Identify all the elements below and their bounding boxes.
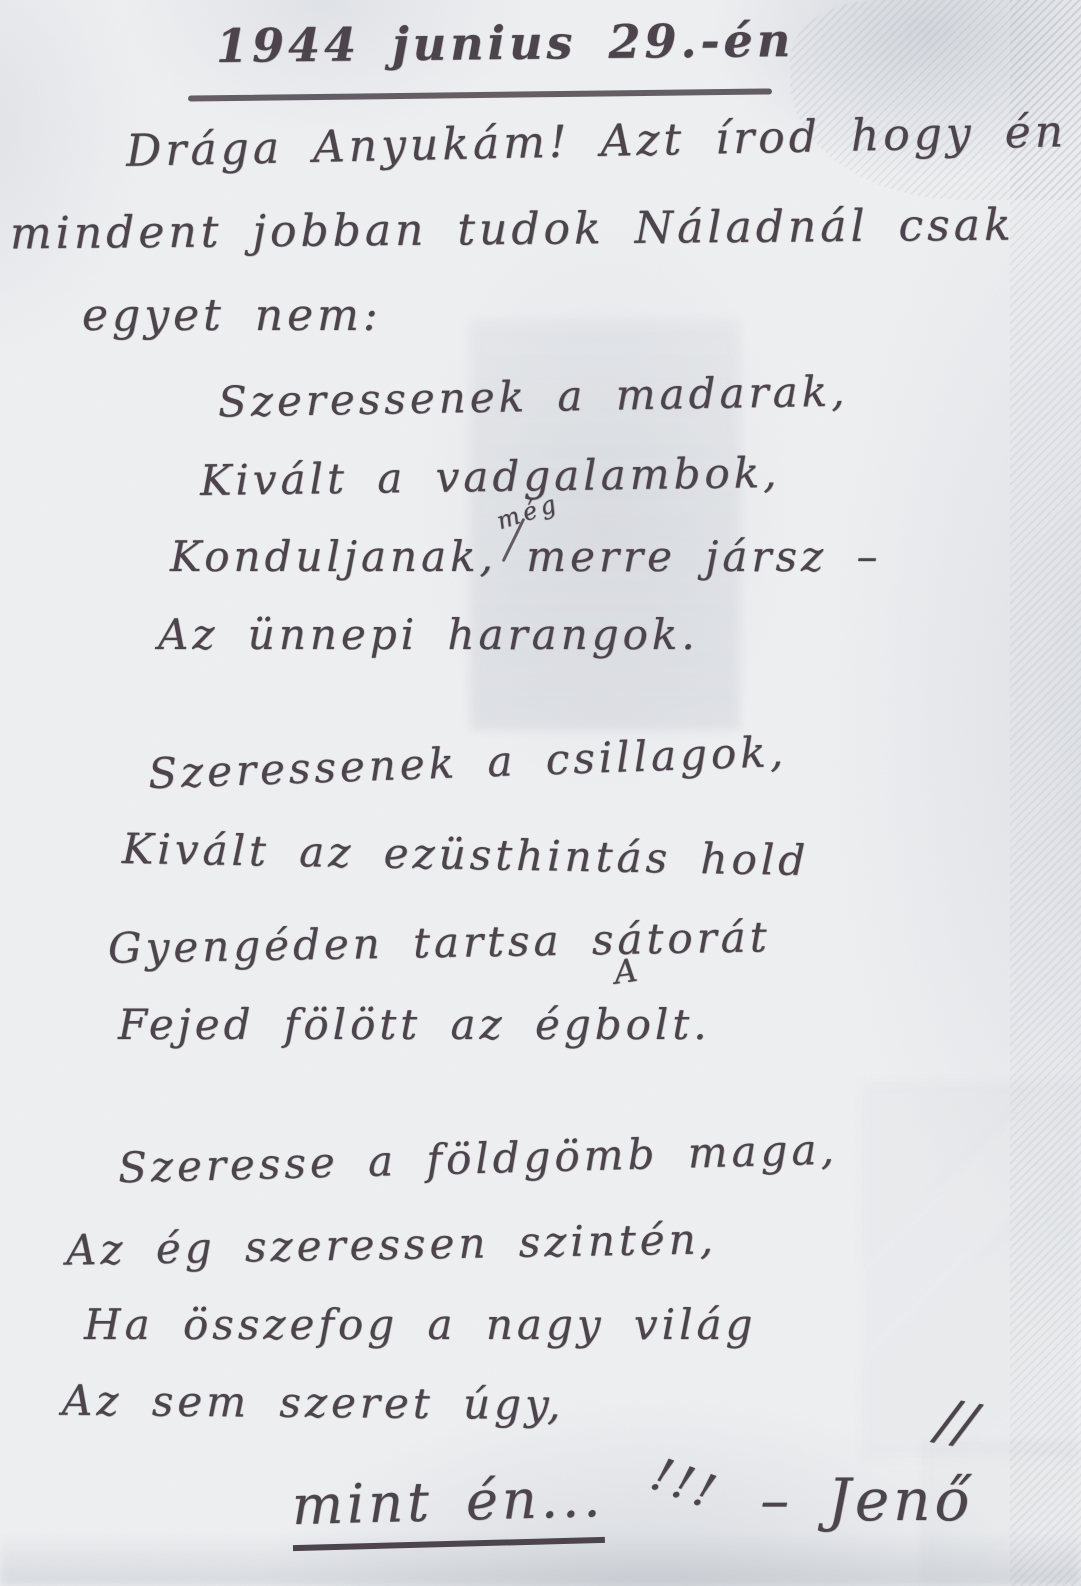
poem-line-s3-4: Az sem szeret úgy, [62, 1376, 565, 1429]
poem-line-s3-2: Az ég szeressen szintén, [66, 1214, 718, 1274]
closing-phrase: mint én... [291, 1466, 605, 1551]
poem-line-s1-1: Szeressenek a madarak, [218, 367, 849, 427]
poem-line-s2-2: Kivált az ezüsthintás hold [122, 824, 810, 885]
poem-line-s3-1: Szeresse a földgömb maga, [117, 1125, 838, 1193]
letter-line-intro-2: mindent jobban tudok Náladnál csak [10, 200, 1015, 260]
poem-line-s2-1: Szeressenek a csillagok, [147, 727, 787, 798]
closing-line: mint én... !!! – Jenő [292, 1466, 973, 1547]
poem-line-s1-4: Az ünnepi harangok. [158, 610, 699, 659]
scanned-letter-page: 1944 junius 29.-én Drága Anyukám! Azt ír… [0, 0, 1081, 1586]
poem-line-s1-3: Konduljanak, merre jársz – [170, 532, 881, 581]
signature-name: – Jenő [760, 1466, 973, 1534]
poem-line-s2-4: Fejed fölött az égbolt. [118, 1000, 711, 1049]
date-heading-underline [188, 88, 772, 101]
date-heading: 1944 junius 29.-én [216, 13, 795, 73]
poem-line-s3-3: Ha összefog a nagy világ [84, 1300, 756, 1349]
poem-line-s2-3: Gyengéden tartsa sátorát [108, 912, 771, 973]
closing-exclamations: !!! [644, 1446, 726, 1520]
poem-line-s1-2: Kivált a vadgalambok, [200, 448, 781, 505]
inserted-letter-a: A [611, 950, 643, 991]
letter-line-intro-3: egyet nem: [82, 290, 382, 341]
